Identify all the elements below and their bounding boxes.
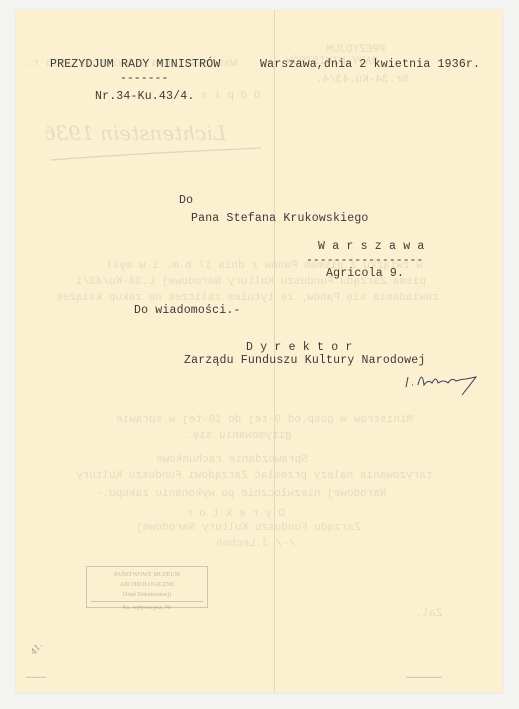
marginal-number: 41. <box>29 641 44 657</box>
bleed-sign: /-/ J.Lechoń <box>216 538 295 550</box>
document-page: PREZYDJUM RADY MINISTRÓW Warszawa,dnia 2… <box>16 10 503 693</box>
stamp-separator <box>91 601 203 602</box>
addressee-to: Do <box>179 194 193 207</box>
place-date: Warszawa,dnia 2 kwietnia 1936r. <box>260 58 480 71</box>
bleed-sign-title: D y r e k t o r <box>186 508 285 520</box>
addressee-name: Pana Stefana Krukowskiego <box>191 212 369 225</box>
bleed-closing: Zal. <box>416 608 442 620</box>
addressee-city-underline: ----------------- <box>306 254 423 267</box>
office-underline: ------- <box>120 72 168 85</box>
stamp-line-1: PAŃSTWOWE MUZEUM ARCHEOLOGICZNE <box>87 570 207 590</box>
stamp-line-2: Dział Dokumentacji <box>87 590 207 600</box>
svg-text:Lichtenstein 1936: Lichtenstein 1936 <box>46 121 227 145</box>
bleed-p7: taryzowania należy przesłać Zarządowi Fu… <box>76 470 432 482</box>
office-name: PREZYDJUM RADY MINISTRÓW <box>50 58 220 71</box>
bleed-copy: O d p i s <box>201 90 260 102</box>
reference-number: Nr.34-Ku.43/4. <box>95 90 194 103</box>
addressee-street: Agricola 9. <box>326 267 404 280</box>
handwritten-signature <box>404 365 494 401</box>
bleed-sign-org: Zarządu Funduszu Kultury Narodowej <box>136 522 360 534</box>
bleed-handwriting: Lichtenstein 1936 <box>46 110 276 170</box>
bleed-ref: Nr.34-Ku.43/4. <box>316 74 408 86</box>
archive-stamp: PAŃSTWOWE MUZEUM ARCHEOLOGICZNE Dział Do… <box>86 566 208 608</box>
bleed-header-1: PREZYDJUM <box>326 44 385 56</box>
bleed-p8: Narodowej niezwłocznie po wykonaniu zaku… <box>96 488 386 500</box>
bleed-p6: Sprawozdanie rachunkowe <box>156 454 308 466</box>
addressee-city: W a r s z a w a <box>318 240 425 253</box>
printer-footer-mark-left: ▬▬▬▬▬ <box>26 674 46 679</box>
bleed-p3: zawiadamia się Panów, że tytułem zalicze… <box>56 292 439 304</box>
bleed-p5: gitymowaniu się. <box>186 430 292 442</box>
printer-footer-mark: ▬▬▬▬▬▬▬▬▬ <box>406 674 442 679</box>
note-text: Do wiadomości.- <box>134 304 241 317</box>
bleed-p4: Ministrów w gosp.od 9-tej do 10-tej w sp… <box>116 414 413 426</box>
stamp-line-3: Ks. wpływu poz. Nr <box>87 603 207 613</box>
signatory-title: D y r e k t o r <box>246 341 353 354</box>
signatory-organization: Zarządu Funduszu Kultury Narodowej <box>184 354 425 367</box>
